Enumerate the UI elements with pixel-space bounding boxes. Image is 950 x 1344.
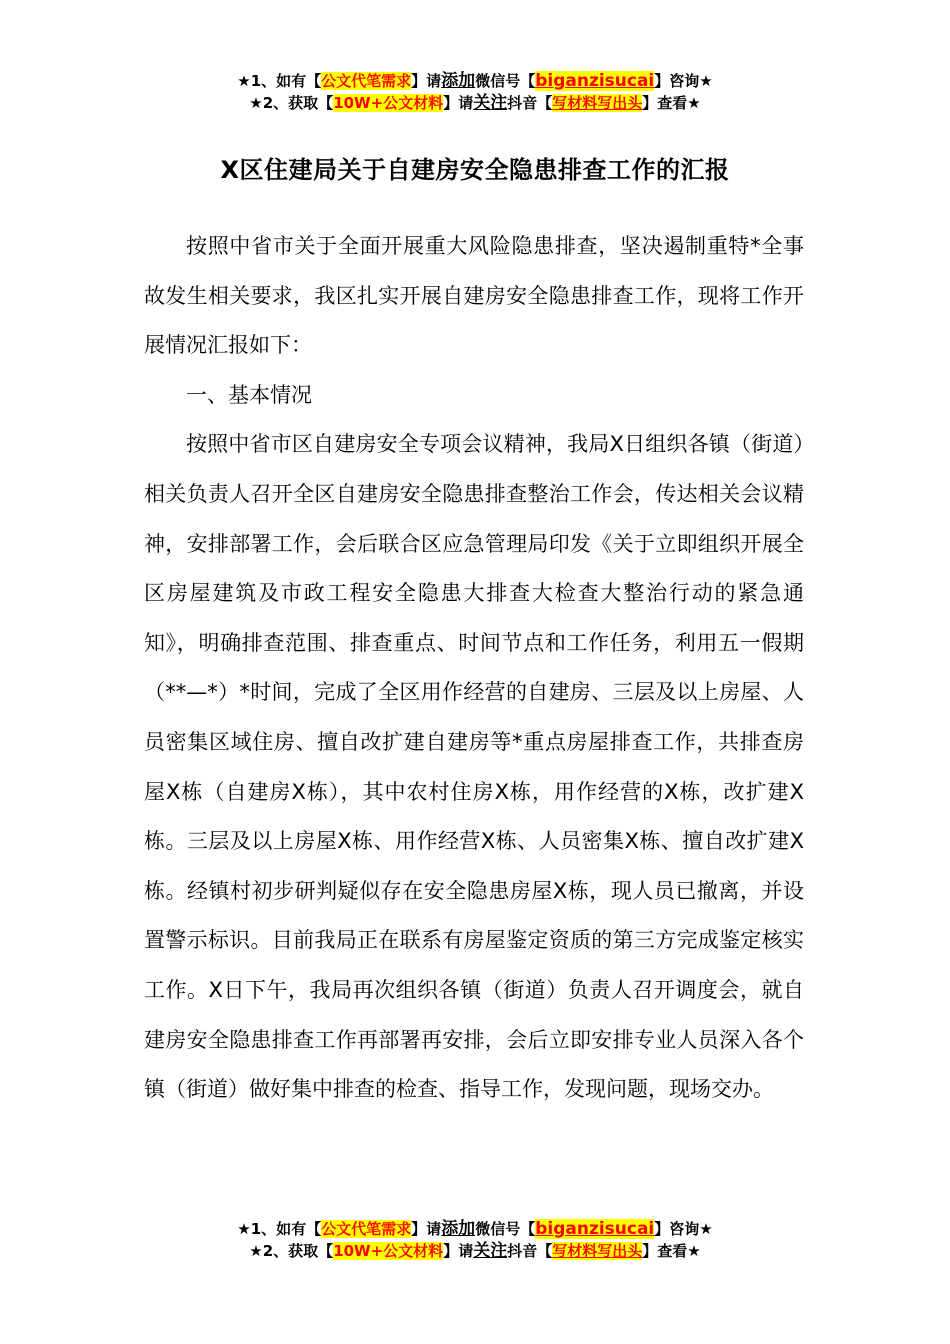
promo-line-1: ★1、如有【公文代笔需求】请添加微信号【biganzisucai】咨询★ [0,1218,950,1240]
underlined-add: 添加 [441,71,475,91]
intro-paragraph: 按照中省市关于全面开展重大风险隐患排查，坚决遏制重特*全事故发生相关要求，我区扎… [144,222,804,371]
highlight-service: 公文代笔需求 [321,1220,411,1238]
promo-text: ★1、如有【 [237,72,321,90]
promo-text: 】请 [443,1242,473,1260]
promo-text: 微信号【 [475,72,535,90]
promo-text: 】查看★ [642,1242,700,1260]
body-paragraph: 按照中省市区自建房安全专项会议精神，我局X日组织各镇（街道）相关负责人召开全区自… [144,420,804,1114]
promo-text: 】查看★ [642,94,700,112]
promo-text: 微信号【 [475,1220,535,1238]
promo-text: 】咨询★ [654,1220,712,1238]
highlight-service: 公文代笔需求 [321,72,411,90]
highlight-wechat-id: biganzisucai [535,71,654,91]
highlight-materials: 10W+公文材料 [333,94,443,112]
underlined-follow: 关注 [473,93,507,113]
section-heading: 一、基本情况 [144,371,804,421]
promo-line-2: ★2、获取【10W+公文材料】请关注抖音【写材料写出头】查看★ [0,1240,950,1262]
highlight-douyin-account: 写材料写出头 [552,1242,642,1260]
highlight-wechat-id: biganzisucai [535,1219,654,1239]
promo-text: 抖音【 [507,1242,552,1260]
promo-header: ★1、如有【公文代笔需求】请添加微信号【biganzisucai】咨询★ ★2、… [0,70,950,114]
promo-line-2: ★2、获取【10W+公文材料】请关注抖音【写材料写出头】查看★ [0,92,950,114]
promo-line-1: ★1、如有【公文代笔需求】请添加微信号【biganzisucai】咨询★ [0,70,950,92]
promo-text: 】咨询★ [654,72,712,90]
highlight-materials: 10W+公文材料 [333,1242,443,1260]
promo-footer: ★1、如有【公文代笔需求】请添加微信号【biganzisucai】咨询★ ★2、… [0,1218,950,1262]
promo-text: ★1、如有【 [237,1220,321,1238]
promo-text: ★2、获取【 [249,1242,333,1260]
promo-text: 】请 [411,1220,441,1238]
document-title: X区住建局关于自建房安全隐患排查工作的汇报 [0,150,950,185]
document-body: 按照中省市关于全面开展重大风险隐患排查，坚决遏制重特*全事故发生相关要求，我区扎… [144,222,804,1115]
promo-text: 】请 [411,72,441,90]
highlight-douyin-account: 写材料写出头 [552,94,642,112]
promo-text: ★2、获取【 [249,94,333,112]
promo-text: 】请 [443,94,473,112]
underlined-add: 添加 [441,1219,475,1239]
promo-text: 抖音【 [507,94,552,112]
underlined-follow: 关注 [473,1241,507,1261]
